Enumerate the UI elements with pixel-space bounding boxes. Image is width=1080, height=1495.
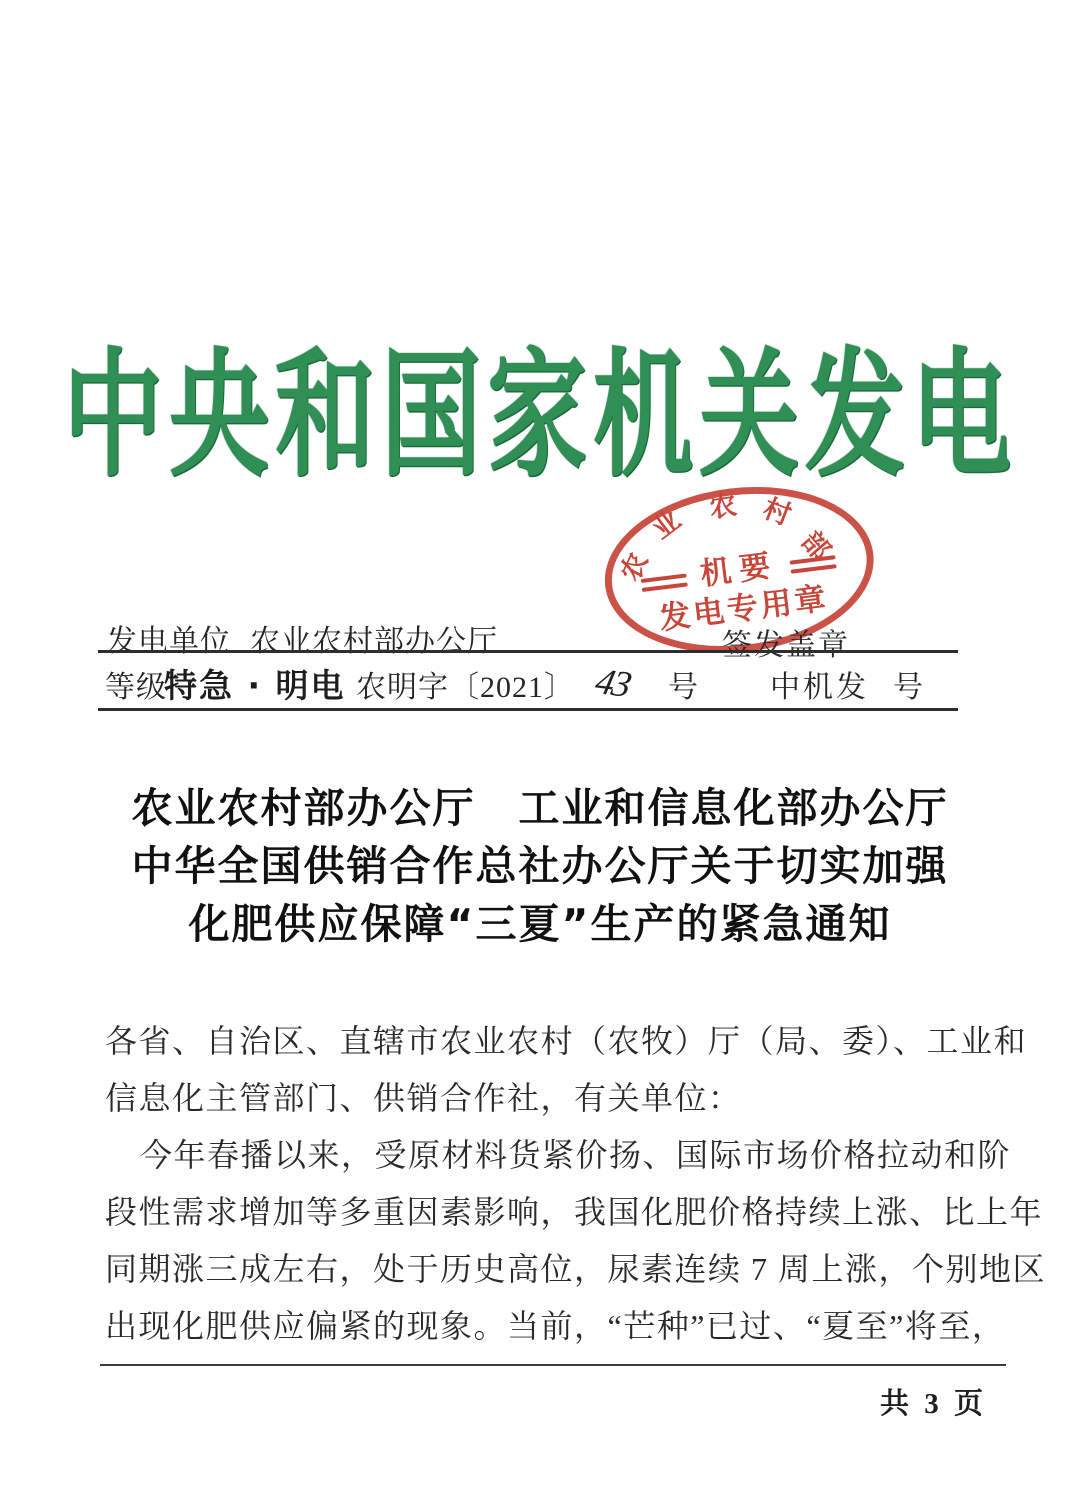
body-line: 出现化肥供应偏紧的现象。当前，“芒种”已过、“夏至”将至， [105,1298,965,1355]
header-divider-line [98,708,958,711]
body-line: 段性需求增加等多重因素影响，我国化肥价格持续上涨、比上年 [105,1184,965,1241]
grade-value: 特急 · 明电 [164,660,346,707]
document-number-unit: 号 [668,662,699,706]
footer-divider-line [100,1364,1006,1366]
grade-label: 等级 [105,662,167,706]
page-count: 共 3 页 [880,1381,987,1422]
document-title-line-2: 中华全国供销合作总社办公厅关于切实加强 [0,837,1080,895]
signature-seal-label: 签发盖章 [722,620,850,664]
form-row-sending-unit: 发电单位 农业农村部办公厅 签发盖章 [0,616,1080,660]
document-title-line-3: 化肥供应保障“三夏”生产的紧急通知 [0,895,1080,953]
document-body: 各省、自治区、直辖市农业农村（农牧）厅（局、委）、工业和 信息化主管部门、供销合… [105,1013,965,1355]
body-line: 信息化主管部门、供销合作社，有关单位： [105,1070,965,1127]
sending-unit-value: 农业农村部办公厅 [250,616,498,660]
form-row-grade-number: 等级 特急 · 明电 农明字〔2021〕 43 号 中机发 号 [0,662,1080,706]
reference-number-label: 中机发 [770,662,869,706]
document-number-handwritten: 43 [591,660,633,706]
document-title: 农业农村部办公厅 工业和信息化部办公厅 中华全国供销合作总社办公厅关于切实加强 … [0,779,1080,953]
body-line: 同期涨三成左右，处于历史高位，尿素连续 7 周上涨，个别地区 [105,1241,965,1298]
document-page: 中央和国家机关发电 农 业 农 村 部 机要 发电专用章 发电单位 农业农村部办… [0,0,1080,1495]
body-line: 今年春播以来，受原材料货紧价扬、国际市场价格拉动和阶 [105,1127,965,1184]
seal-arc-char: 农 [708,492,739,523]
sending-unit-label: 发电单位 [107,616,231,660]
header-divider-line [98,650,958,653]
document-number-prefix: 农明字〔2021〕 [356,662,575,706]
document-title-line-1: 农业农村部办公厅 工业和信息化部办公厅 [0,779,1080,837]
body-line: 各省、自治区、直辖市农业农村（农牧）厅（局、委）、工业和 [105,1013,965,1070]
reference-number-unit: 号 [893,662,924,706]
telegram-banner: 中央和国家机关发电 [0,304,1080,503]
